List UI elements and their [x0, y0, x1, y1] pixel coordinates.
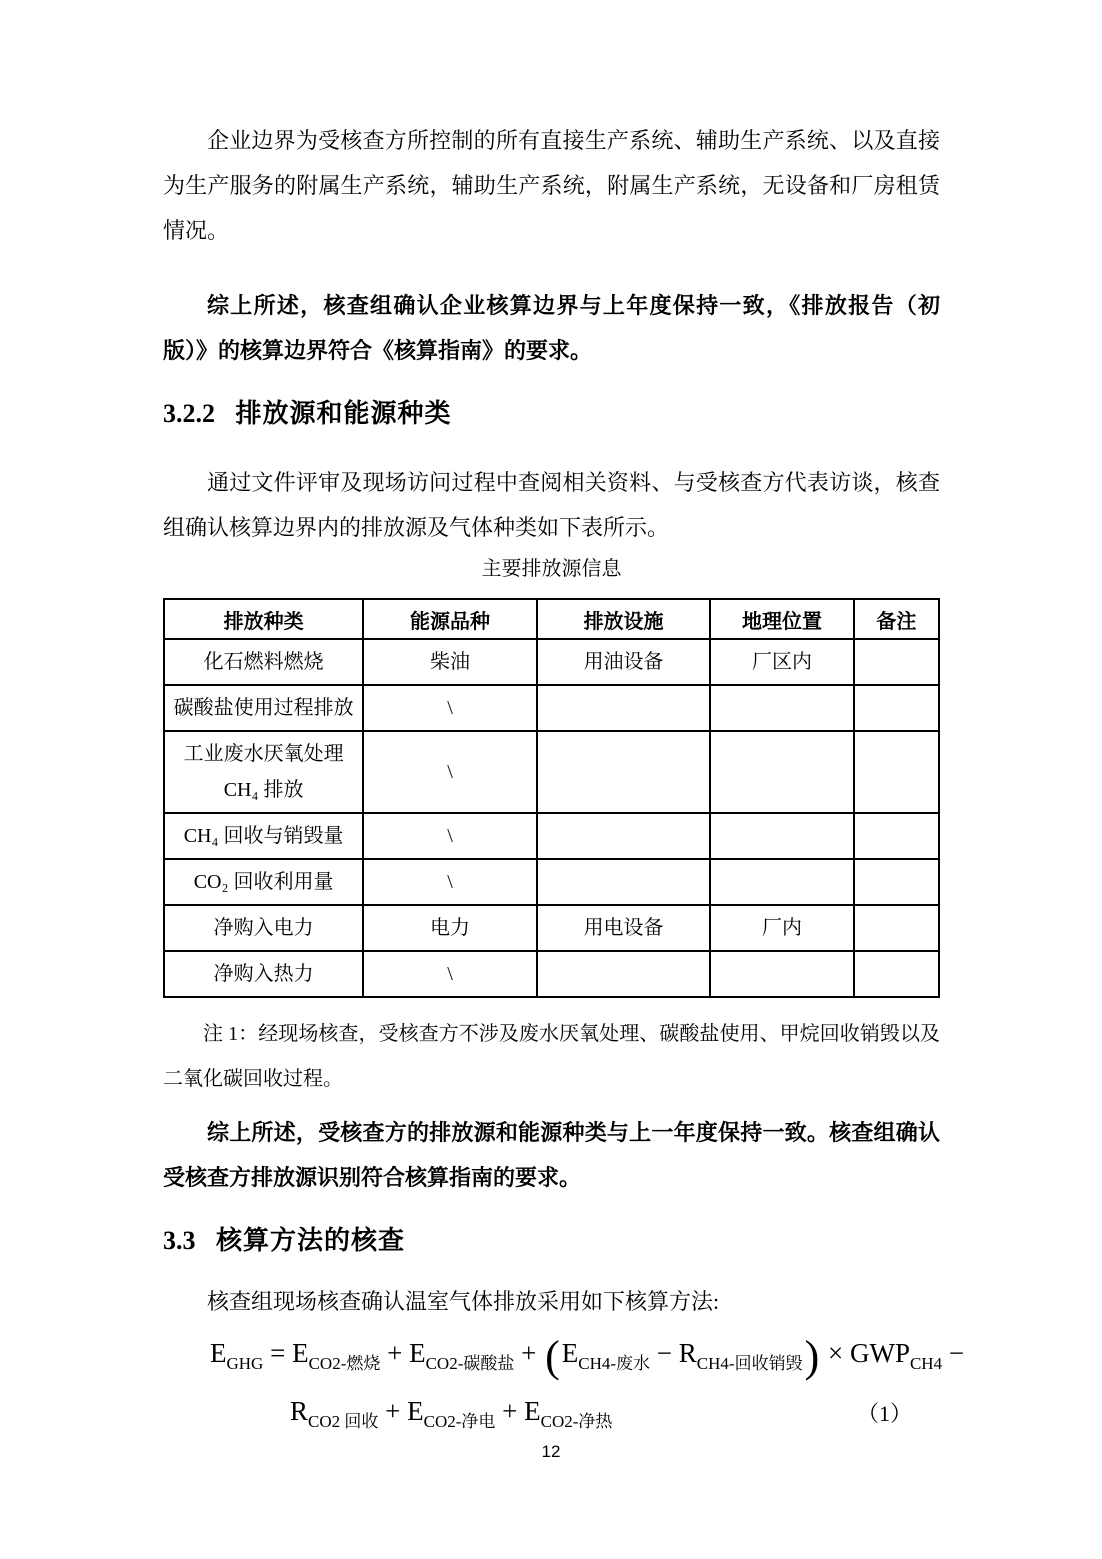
table-header-cell: 排放设施: [537, 599, 711, 639]
table-caption: 主要排放源信息: [163, 554, 940, 584]
emission-table-body: 化石燃料燃烧柴油用油设备厂区内碳酸盐使用过程排放\工业废水厌氧处理 CH₄ 排放…: [164, 639, 939, 997]
section-number: 3.2.2: [163, 399, 215, 428]
formula-subscript: CH4-回收销毁: [697, 1354, 803, 1373]
table-cell: [710, 951, 853, 997]
table-cell: [710, 685, 853, 731]
section-heading-3-2-2: 3.2.2 排放源和能源种类: [163, 393, 940, 434]
table-row: 净购入电力电力用电设备厂内: [164, 905, 939, 951]
table-cell: 柴油: [363, 639, 537, 685]
table-cell: CH₄ 回收与销毁量: [164, 813, 363, 859]
formula-parenthesis: ): [803, 1332, 822, 1381]
table-cell: [537, 951, 711, 997]
paragraph-method-intro: 核查组现场核查确认温室气体排放采用如下核算方法:: [163, 1279, 940, 1324]
formula-term: RCO2 回收: [290, 1396, 378, 1426]
table-note: 注 1：经现场核查，受核查方不涉及废水厌氧处理、碳酸盐使用、甲烷回收销毁以及二氧…: [163, 1012, 940, 1102]
table-row: CH₄ 回收与销毁量\: [164, 813, 939, 859]
table-cell: 化石燃料燃烧: [164, 639, 363, 685]
table-row: 工业废水厌氧处理 CH₄ 排放\: [164, 731, 939, 813]
table-cell: [710, 859, 853, 905]
table-cell: 用电设备: [537, 905, 711, 951]
table-cell: \: [363, 813, 537, 859]
table-cell: [537, 685, 711, 731]
table-header-cell: 能源品种: [363, 599, 537, 639]
formula-term: ECH4-废水: [562, 1338, 650, 1368]
formula-term: EGHG: [210, 1338, 263, 1368]
table-cell: 碳酸盐使用过程排放: [164, 685, 363, 731]
table-cell: [537, 813, 711, 859]
formula-term: ECO2-净电: [407, 1396, 495, 1426]
table-cell: [710, 731, 853, 813]
section-title: 排放源和能源种类: [236, 398, 452, 428]
table-cell: [854, 639, 939, 685]
table-cell: 厂区内: [710, 639, 853, 685]
table-header-cell: 排放种类: [164, 599, 363, 639]
table-header-cell: 备注: [854, 599, 939, 639]
formula-term: +: [378, 1396, 407, 1426]
formula-term: +: [380, 1338, 409, 1368]
equation-number: （1）: [857, 1397, 912, 1428]
table-row: 碳酸盐使用过程排放\: [164, 685, 939, 731]
formula-term: +: [495, 1396, 524, 1426]
paragraph-boundary-conclusion: 综上所述，核查组确认企业核算边界与上年度保持一致，《排放报告（初版）》的核算边界…: [163, 283, 940, 373]
formula-subscript: CO2-净热: [541, 1412, 613, 1431]
table-cell: [854, 859, 939, 905]
table-cell: \: [363, 951, 537, 997]
table-cell: [710, 813, 853, 859]
table-cell: 净购入热力: [164, 951, 363, 997]
formula-subscript: CO2-燃烧: [309, 1354, 381, 1373]
table-cell: [854, 951, 939, 997]
table-cell: 厂内: [710, 905, 853, 951]
formula-subscript: CH4: [910, 1354, 942, 1373]
table-header-row: 排放种类能源品种排放设施地理位置备注: [164, 599, 939, 639]
formula-term: ×: [821, 1338, 850, 1368]
table-cell: \: [363, 859, 537, 905]
table-cell: \: [363, 731, 537, 813]
table-cell: [537, 859, 711, 905]
table-cell: 用油设备: [537, 639, 711, 685]
table-cell: [854, 685, 939, 731]
formula-term: GWPCH4: [850, 1338, 942, 1368]
document-page: 企业边界为受核查方所控制的所有直接生产系统、辅助生产系统、以及直接为生产服务的附…: [0, 0, 1102, 1559]
formula-term: ECO2-燃烧: [292, 1338, 380, 1368]
formula-term: =: [263, 1338, 292, 1368]
paragraph-emission-sources-intro: 通过文件评审及现场访问过程中查阅相关资料、与受核查方代表访谈，核查组确认核算边界…: [163, 460, 940, 550]
formula-line-2: RCO2 回收 + ECO2-净电 + ECO2-净热: [163, 1384, 940, 1438]
table-header-cell: 地理位置: [710, 599, 853, 639]
emission-table-head: 排放种类能源品种排放设施地理位置备注: [164, 599, 939, 639]
table-cell: 净购入电力: [164, 905, 363, 951]
formula-term: −: [942, 1338, 964, 1368]
formula-term: RCH4-回收销毁: [679, 1338, 803, 1368]
formula-subscript: CH4-废水: [578, 1354, 650, 1373]
formula-term: +: [514, 1338, 543, 1368]
table-cell: 工业废水厌氧处理 CH₄ 排放: [164, 731, 363, 813]
table-cell: 电力: [363, 905, 537, 951]
formula-line-1: EGHG = ECO2-燃烧 + ECO2-碳酸盐 + (ECH4-废水 − R…: [163, 1326, 940, 1380]
section-title: 核算方法的核查: [216, 1225, 405, 1255]
table-row: 净购入热力\: [164, 951, 939, 997]
table-cell: CO₂ 回收利用量: [164, 859, 363, 905]
table-cell: [854, 731, 939, 813]
page-number: 12: [0, 1442, 1102, 1462]
ghg-emission-formula: EGHG = ECO2-燃烧 + ECO2-碳酸盐 + (ECH4-废水 − R…: [163, 1326, 940, 1438]
table-cell: [854, 905, 939, 951]
table-cell: [537, 731, 711, 813]
formula-term: ECO2-净热: [524, 1396, 612, 1426]
formula-subscript: CO2-碳酸盐: [426, 1354, 515, 1373]
formula-term: −: [650, 1338, 679, 1368]
formula-subscript: GHG: [227, 1354, 264, 1373]
formula-term: ECO2-碳酸盐: [409, 1338, 514, 1368]
table-row: CO₂ 回收利用量\: [164, 859, 939, 905]
formula-subscript: CO2 回收: [308, 1412, 378, 1431]
section-number: 3.3: [163, 1226, 196, 1255]
table-cell: [854, 813, 939, 859]
table-cell: \: [363, 685, 537, 731]
formula-parenthesis: (: [543, 1332, 562, 1381]
formula-subscript: CO2-净电: [424, 1412, 496, 1431]
emission-source-table: 排放种类能源品种排放设施地理位置备注 化石燃料燃烧柴油用油设备厂区内碳酸盐使用过…: [163, 598, 940, 998]
paragraph-sources-conclusion: 综上所述，受核查方的排放源和能源种类与上一年度保持一致。核查组确认受核查方排放源…: [163, 1110, 940, 1200]
paragraph-enterprise-boundary: 企业边界为受核查方所控制的所有直接生产系统、辅助生产系统、以及直接为生产服务的附…: [163, 118, 940, 253]
section-heading-3-3: 3.3 核算方法的核查: [163, 1220, 940, 1261]
table-row: 化石燃料燃烧柴油用油设备厂区内: [164, 639, 939, 685]
